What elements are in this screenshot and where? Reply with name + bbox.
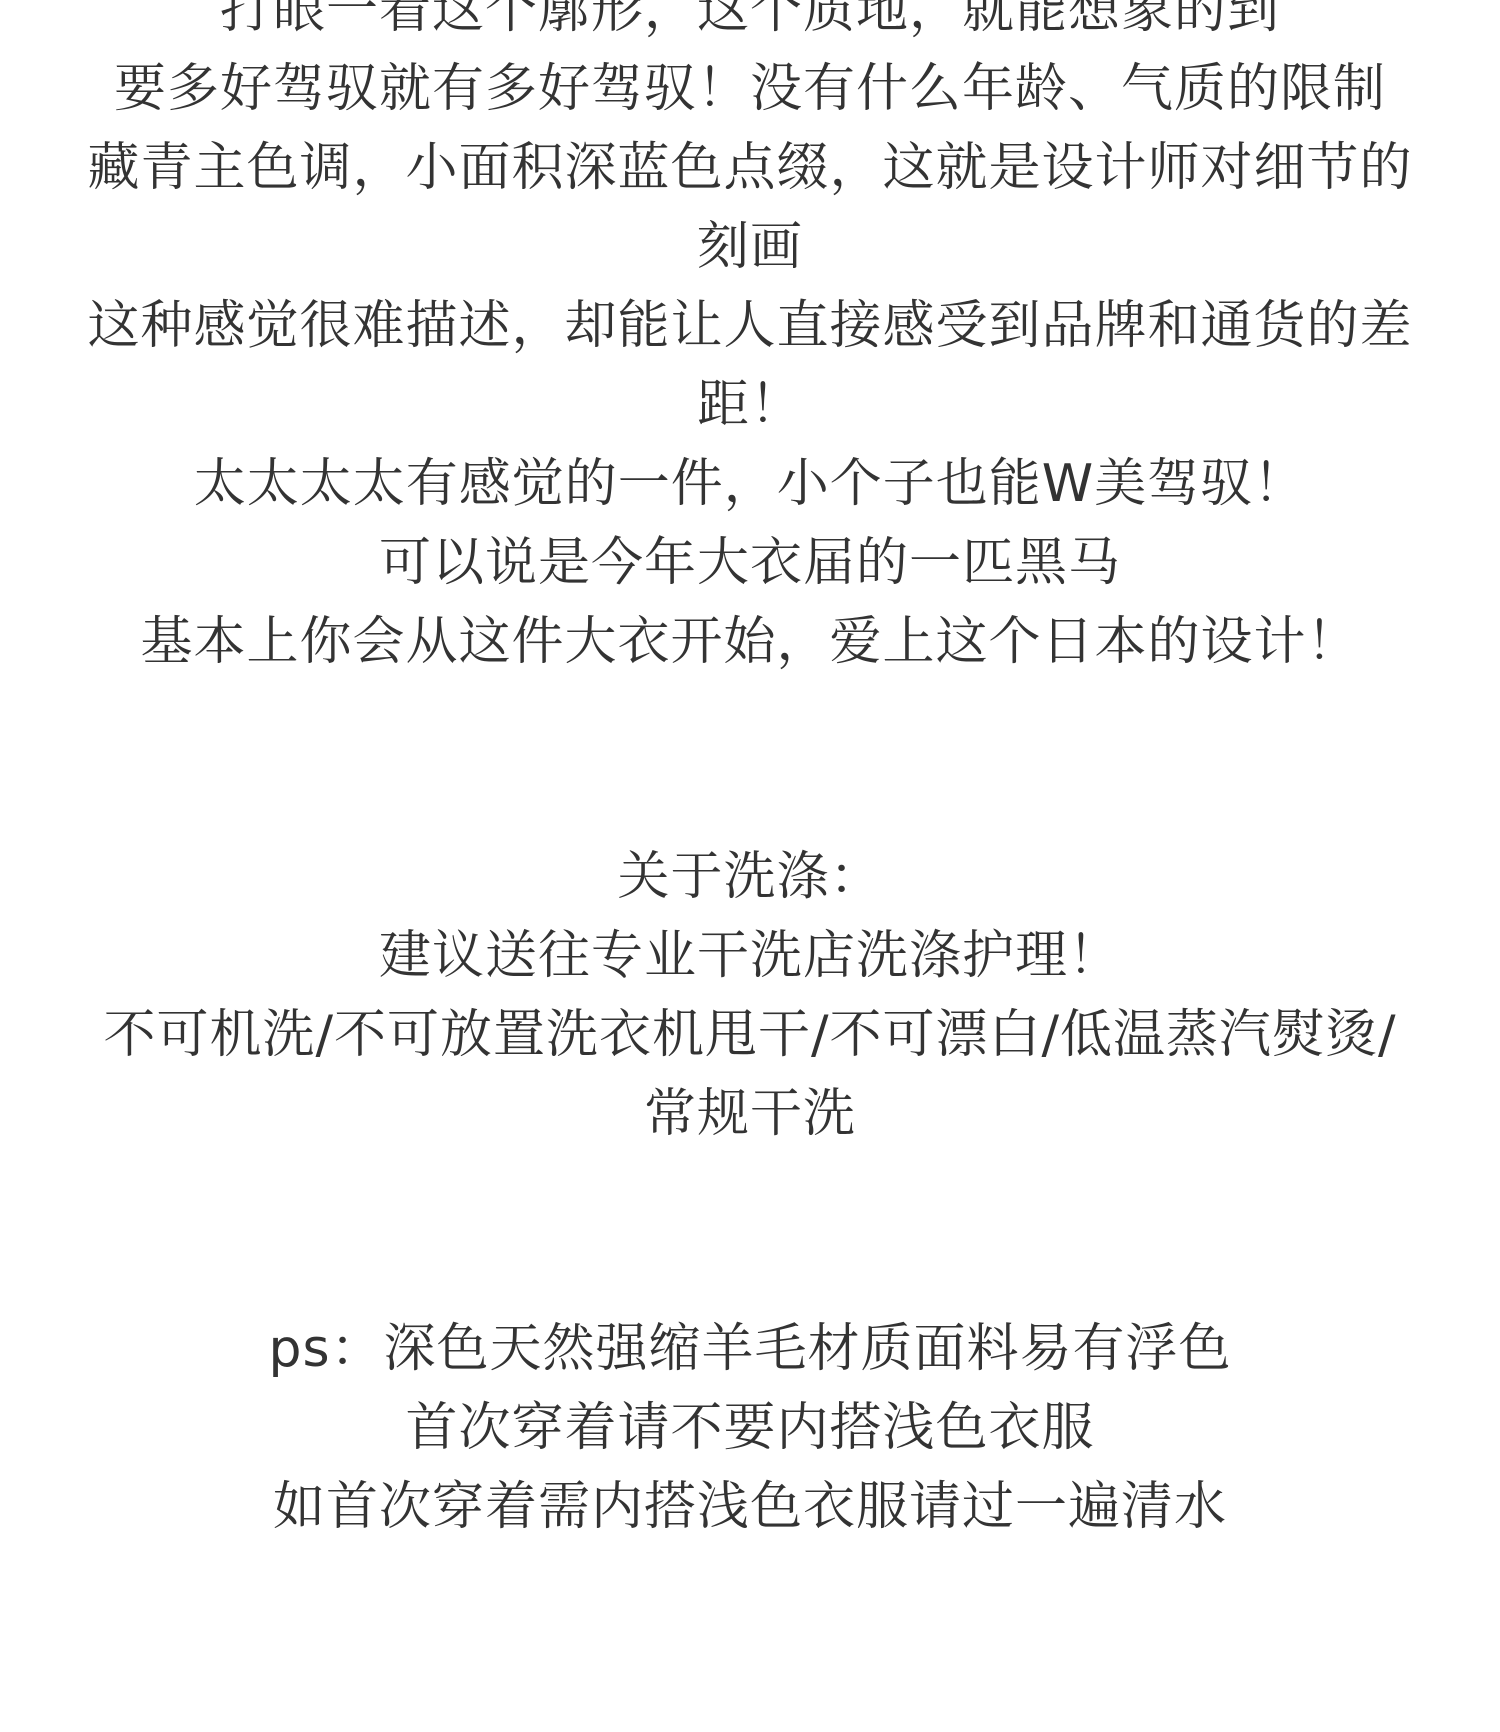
description-line: 要多好驾驭就有多好驾驭！没有什么年龄、气质的限制 (0, 50, 1500, 129)
washing-line: 不可机洗/不可放置洗衣机甩干/不可漂白/低温蒸汽熨烫/ (0, 996, 1500, 1075)
description-line: 藏青主色调，小面积深蓝色点缀，这就是设计师对细节的 (0, 129, 1500, 208)
ps-note-line: ps：深色天然强缩羊毛材质面料易有浮色 (0, 1310, 1500, 1389)
ps-note-line: 首次穿着请不要内搭浅色衣服 (0, 1389, 1500, 1468)
washing-heading: 关于洗涤： (0, 838, 1500, 917)
ps-note-section: ps：深色天然强缩羊毛材质面料易有浮色 首次穿着请不要内搭浅色衣服 如首次穿着需… (0, 1310, 1500, 1547)
washing-section: 关于洗涤： 建议送往专业干洗店洗涤护理！ 不可机洗/不可放置洗衣机甩干/不可漂白… (0, 838, 1500, 1154)
washing-line: 建议送往专业干洗店洗涤护理！ (0, 917, 1500, 996)
description-line: 距！ (0, 366, 1500, 445)
description-line: 可以说是今年大衣届的一匹黑马 (0, 524, 1500, 603)
description-line: 刻画 (0, 208, 1500, 287)
description-section: 打眼一看这个廓形，这个质地，就能想象的到 要多好驾驭就有多好驾驭！没有什么年龄、… (0, 0, 1500, 682)
description-line: 基本上你会从这件大衣开始，爱上这个日本的设计！ (0, 603, 1500, 682)
description-line: 太太太太有感觉的一件，小个子也能W美驾驭！ (0, 445, 1500, 524)
description-line: 打眼一看这个廓形，这个质地，就能想象的到 (0, 0, 1500, 50)
description-line: 这种感觉很难描述，却能让人直接感受到品牌和通货的差 (0, 287, 1500, 366)
washing-line: 常规干洗 (0, 1075, 1500, 1154)
ps-note-line: 如首次穿着需内搭浅色衣服请过一遍清水 (0, 1468, 1500, 1547)
